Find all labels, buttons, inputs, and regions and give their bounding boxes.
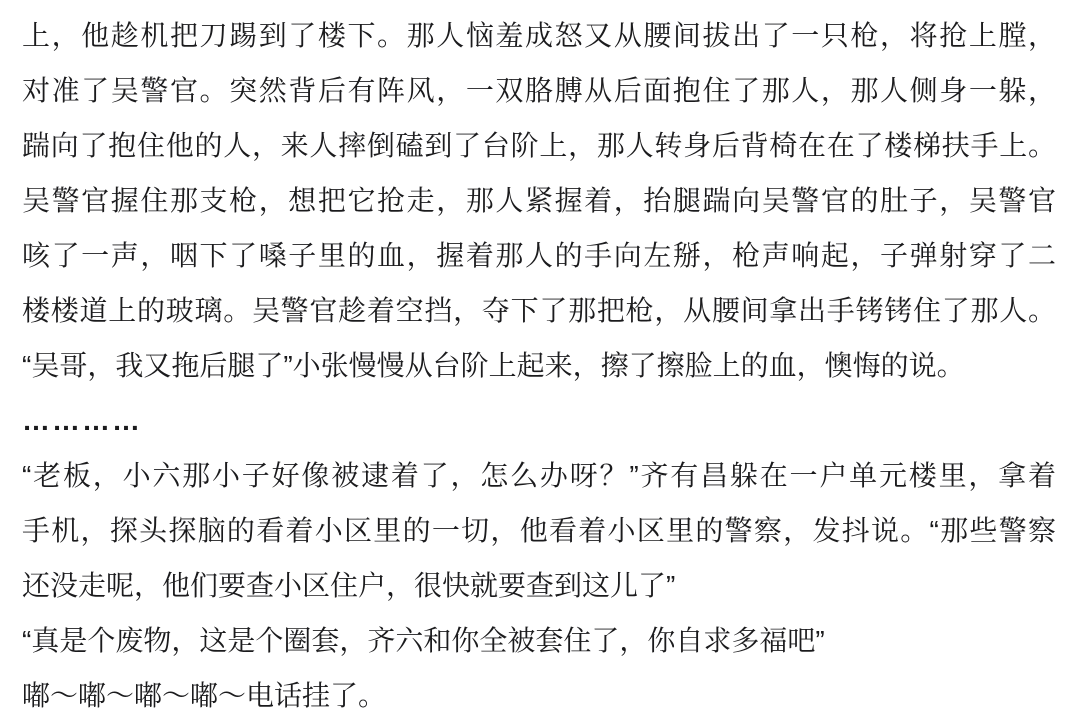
text-line: 咳了一声，咽下了嗓子里的血，握着那人的手向左掰，枪声响起，子弹射穿了二 bbox=[22, 228, 1056, 283]
text-line: 楼楼道上的玻璃。吴警官趁着空挡，夺下了那把枪，从腰间拿出手铐铐住了那人。 bbox=[22, 283, 1056, 338]
text-line: 吴警官握住那支枪，想把它抢走，那人紧握着，抬腿踹向吴警官的肚子，吴警官 bbox=[22, 173, 1056, 228]
text-line: 嘟～嘟～嘟～嘟～电话挂了。 bbox=[22, 668, 1056, 720]
novel-reader-page: 上，他趁机把刀踢到了楼下。那人恼羞成怒又从腰间拔出了一只枪，将抢上膛， 对准了吴… bbox=[0, 0, 1080, 720]
text-line: 上，他趁机把刀踢到了楼下。那人恼羞成怒又从腰间拔出了一只枪，将抢上膛， bbox=[22, 8, 1056, 63]
text-line: “吴哥，我又拖后腿了”小张慢慢从台阶上起来，擦了擦脸上的血，懊悔的说。 bbox=[22, 338, 1056, 393]
text-line: “老板，小六那小子好像被逮着了，怎么办呀？”齐有昌躲在一户单元楼里，拿着 bbox=[22, 448, 1056, 503]
ellipsis-line: ………… bbox=[22, 393, 1056, 448]
text-line: 对准了吴警官。突然背后有阵风，一双胳膊从后面抱住了那人，那人侧身一躲， bbox=[22, 63, 1056, 118]
text-line: 手机，探头探脑的看着小区里的一切，他看着小区里的警察，发抖说。“那些警察 bbox=[22, 503, 1056, 558]
text-line: 踹向了抱住他的人，来人摔倒磕到了台阶上，那人转身后背椅在在了楼梯扶手上。 bbox=[22, 118, 1056, 173]
text-line: “真是个废物，这是个圈套，齐六和你全被套住了，你自求多福吧” bbox=[22, 613, 1056, 668]
text-line: 还没走呢，他们要查小区住户，很快就要查到这儿了” bbox=[22, 558, 1056, 613]
